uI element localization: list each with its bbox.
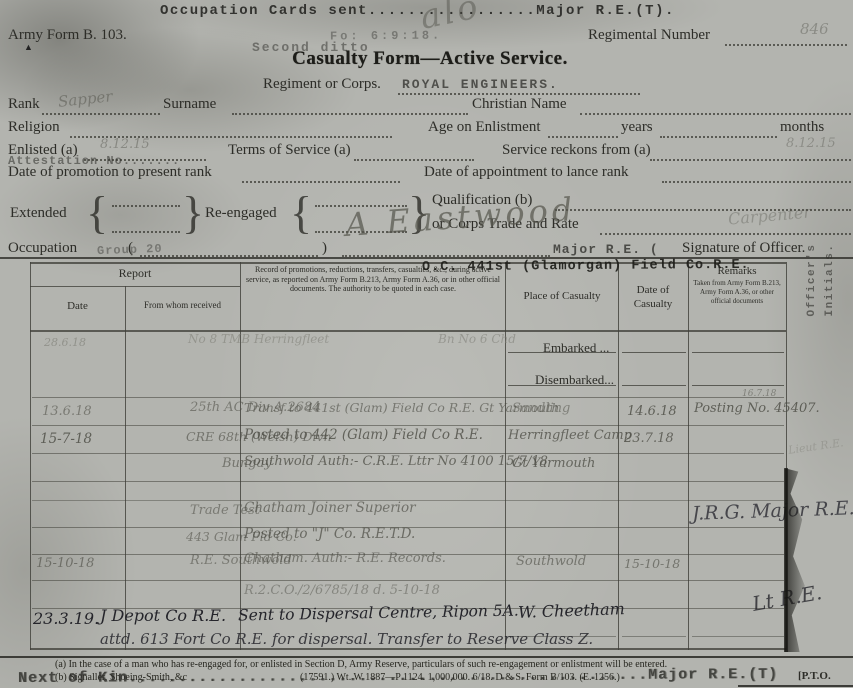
dotted-line <box>112 205 180 207</box>
table-border-bottom <box>30 648 786 650</box>
entry-from: No 8 TMB Herringfleet <box>188 332 329 346</box>
scanned-form-page: Occupation Cards sent.................Ma… <box>0 0 853 688</box>
entry-from: J Depot Co R.E. <box>100 606 226 625</box>
dotted-line <box>650 159 851 161</box>
date-column-header: Date <box>30 300 125 312</box>
column-line <box>30 262 31 650</box>
terms-of-service-label: Terms of Service (a) <box>228 142 351 159</box>
pto-label: [P.T.O. <box>798 670 831 682</box>
dotted-line <box>548 136 618 138</box>
entry-remarks: Posting No. 45407. <box>694 401 820 416</box>
entry-rule <box>622 636 686 637</box>
entry-date: 15-7-18 <box>40 431 92 447</box>
dotted-line <box>398 93 640 95</box>
report-divider-rule <box>30 286 240 287</box>
footer-underline <box>738 685 853 687</box>
brace-close: } <box>182 186 204 239</box>
date-of-casualty-column-header: Date of Casualty <box>620 284 686 312</box>
entry-date: 23.3.19. <box>33 609 99 628</box>
row-rule <box>32 397 784 398</box>
signature-of-officer-label: Signature of Officer. <box>682 240 805 257</box>
entry-record: Southwold Auth:- C.R.E. Lttr No 4100 15/… <box>244 454 548 469</box>
dotted-line <box>725 44 847 46</box>
entry-record: Posted to 442 (Glam) Field Co R.E. <box>244 427 483 443</box>
remarks-column-subheader: Taken from Army Form B.213, Army Form A.… <box>691 279 783 305</box>
from-whom-column-header: From whom received <box>125 300 240 310</box>
years-label: years <box>621 119 653 136</box>
footer-rule <box>0 656 853 658</box>
dotted-line <box>112 231 180 233</box>
entry-date-of-casualty: 15-10-18 <box>624 556 680 571</box>
service-reckons-value: 8.12.15 <box>786 136 836 151</box>
entry-rule <box>692 636 784 637</box>
column-line <box>618 262 619 650</box>
entry-rule <box>622 352 686 353</box>
occupation-label: Occupation <box>8 240 77 257</box>
corner-arrow-mark: ▲ <box>24 42 33 52</box>
dotted-line <box>580 113 851 115</box>
entry-rule <box>508 352 616 353</box>
brace-open: { <box>86 186 108 239</box>
entry-date: 13.6.18 <box>42 404 92 419</box>
christian-name-label: Christian Name <box>472 96 567 113</box>
dotted-line <box>662 181 851 183</box>
row-rule <box>32 425 784 426</box>
margin-note: Lieut R.E. <box>787 436 844 457</box>
entry-record-line2: attd. 613 Fort Co R.E. for dispersal. Tr… <box>100 630 593 648</box>
entry-record: Bn No 6 Chd <box>438 332 516 346</box>
embarked-label: Embarked ... <box>543 340 609 356</box>
entry-place: W. Cheetham <box>518 599 625 622</box>
paren-close: ) <box>322 240 327 257</box>
dotted-line <box>42 113 160 115</box>
reengaged-label: Re-engaged <box>205 205 277 222</box>
rank-label: Rank <box>8 96 40 113</box>
report-header: Report <box>30 266 240 281</box>
months-label: months <box>780 119 824 136</box>
service-reckons-label: Service reckons from (a) <box>502 142 651 159</box>
entry-place: Southwold <box>516 554 586 569</box>
officer-signature: A Eastwood <box>344 190 577 244</box>
entry-record: R.2.C.O./2/6785/18 d. 5-10-18 <box>244 583 440 598</box>
table-header-rule <box>30 330 786 332</box>
age-on-enlistment-label: Age on Enlistment <box>428 119 541 136</box>
religion-label: Religion <box>8 119 60 136</box>
regimental-number-label: Regimental Number <box>588 27 710 44</box>
entry-place: Herringfleet Camp <box>508 428 632 443</box>
entry-record: Chatham Joiner Superior <box>244 500 416 516</box>
entry-rule <box>692 352 784 353</box>
dotted-line <box>242 181 400 183</box>
next-of-kin-stamp: Next of Kin.............................… <box>18 666 778 687</box>
dotted-line <box>354 159 474 161</box>
place-column-header: Place of Casualty <box>507 290 617 302</box>
row-rule <box>32 481 784 482</box>
enlisted-value: 8.12.15 <box>100 137 150 152</box>
regiment-stamp-value: ROYAL ENGINEERS. <box>402 77 559 92</box>
entry-corner-date: 16.7.18 <box>742 389 776 399</box>
column-line <box>688 262 689 650</box>
extended-label: Extended <box>10 205 67 222</box>
surname-label: Surname <box>163 96 216 113</box>
lance-rank-label: Date of appointment to lance rank <box>424 164 629 181</box>
entry-date: 15-10-18 <box>36 556 94 571</box>
scan-edge-line <box>785 468 788 652</box>
unit-stamp: O.C. 441st (Glamorgan) Field Co.R.E. <box>422 258 750 275</box>
brace-open: { <box>290 186 312 239</box>
dotted-line <box>232 113 468 115</box>
dotted-line <box>660 136 777 138</box>
entry-record: Chatham. Auth:- R.E. Records. <box>244 551 446 566</box>
regimental-number-value: 846 <box>800 20 829 38</box>
row-rule <box>32 580 784 581</box>
entry-record: Posted to "J" Co. R.E.T.D. <box>244 526 415 542</box>
entry-record: Sent to Dispersal Centre, Ripon 5A. <box>238 602 519 625</box>
regiment-label: Regiment or Corps. <box>263 76 381 93</box>
entry-date-of-casualty: 23.7.18 <box>624 431 674 446</box>
promotion-label: Date of promotion to present rank <box>8 164 212 181</box>
entry-date: 28.6.18 <box>44 336 86 349</box>
officers-initials-vertical-label: Officer's Initials. <box>804 228 840 332</box>
corps-trade-value: Carpenter <box>727 202 811 228</box>
entry-rule <box>692 385 784 386</box>
entry-date-of-casualty: 14.6.18 <box>627 404 677 419</box>
remarks-signature: J.R.G. Major R.E. <box>692 497 853 525</box>
entry-place: Gt Yarmouth <box>512 456 595 471</box>
entry-rule <box>508 385 616 386</box>
column-line <box>125 286 126 650</box>
entry-place: Sandling <box>512 401 570 416</box>
signature-rank-stamp: Major R.E. ( <box>553 242 659 257</box>
page-title: Casualty Form—Active Service. <box>230 48 630 70</box>
rank-value: Sapper <box>57 87 113 111</box>
paren-open: ( <box>128 240 133 257</box>
entry-rule <box>622 385 686 386</box>
